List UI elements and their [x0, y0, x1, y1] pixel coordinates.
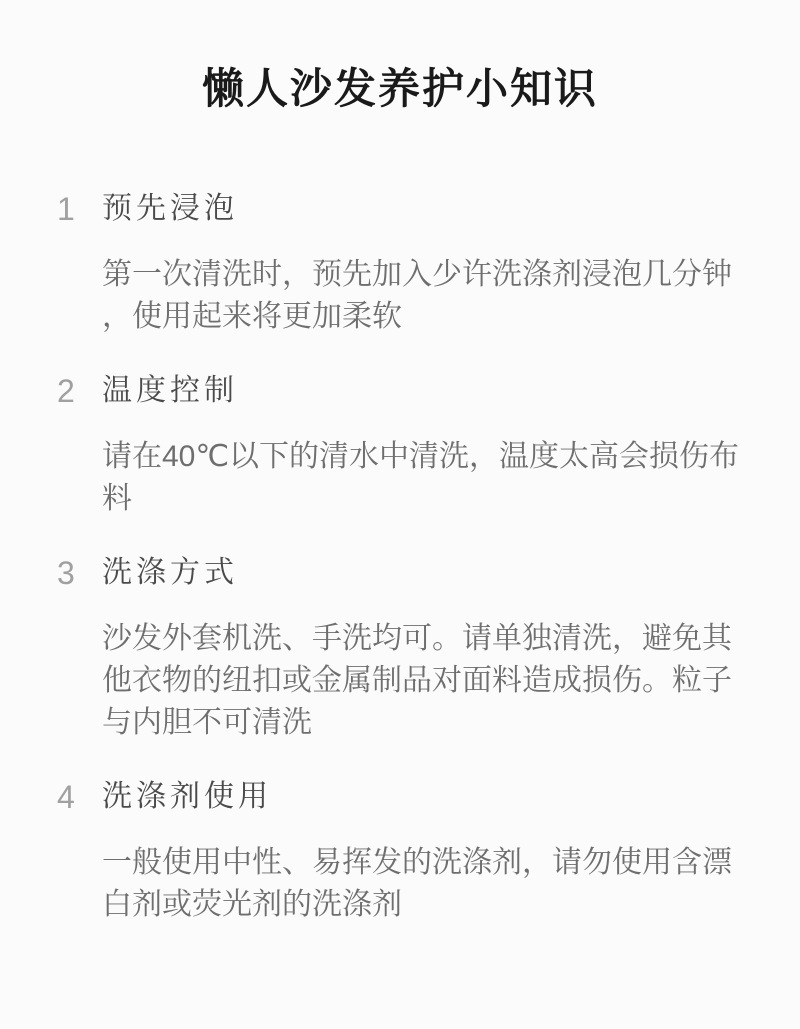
tip-4-heading: 洗涤剂使用 — [102, 776, 272, 818]
tip-section-4: 4 洗涤剂使用 一般使用中性、易挥发的洗涤剂，请勿使用含漂白剂或荧光剂的洗涤剂 — [0, 776, 800, 926]
tip-3-heading-row: 3 洗涤方式 — [57, 552, 745, 594]
tip-1-number: 1 — [57, 188, 102, 230]
tip-3-heading: 洗涤方式 — [102, 552, 238, 594]
tip-1-body: 第一次清洗时，预先加入少许洗涤剂浸泡几分钟，使用起来将更加柔软 — [102, 254, 745, 338]
tip-2-heading-row: 2 温度控制 — [57, 370, 745, 412]
tip-section-3: 3 洗涤方式 沙发外套机洗、手洗均可。请单独清洗，避免其他衣物的纽扣或金属制品对… — [0, 552, 800, 744]
tip-section-1: 1 预先浸泡 第一次清洗时，预先加入少许洗涤剂浸泡几分钟，使用起来将更加柔软 — [0, 188, 800, 338]
tip-2-heading: 温度控制 — [102, 370, 238, 412]
tip-section-2: 2 温度控制 请在40℃以下的清水中清洗，温度太高会损伤布料 — [0, 370, 800, 520]
tip-3-body: 沙发外套机洗、手洗均可。请单独清洗，避免其他衣物的纽扣或金属制品对面料造成损伤。… — [102, 618, 745, 744]
tip-2-number: 2 — [57, 370, 102, 412]
tip-2-body: 请在40℃以下的清水中清洗，温度太高会损伤布料 — [102, 436, 745, 520]
page-title: 懒人沙发养护小知识 — [0, 64, 800, 114]
tip-4-number: 4 — [57, 776, 102, 818]
tip-1-heading: 预先浸泡 — [102, 188, 238, 230]
tip-1-heading-row: 1 预先浸泡 — [57, 188, 745, 230]
tip-4-heading-row: 4 洗涤剂使用 — [57, 776, 745, 818]
care-guide-page: 懒人沙发养护小知识 1 预先浸泡 第一次清洗时，预先加入少许洗涤剂浸泡几分钟，使… — [0, 0, 800, 1029]
tip-3-number: 3 — [57, 552, 102, 594]
tip-4-body: 一般使用中性、易挥发的洗涤剂，请勿使用含漂白剂或荧光剂的洗涤剂 — [102, 842, 745, 926]
